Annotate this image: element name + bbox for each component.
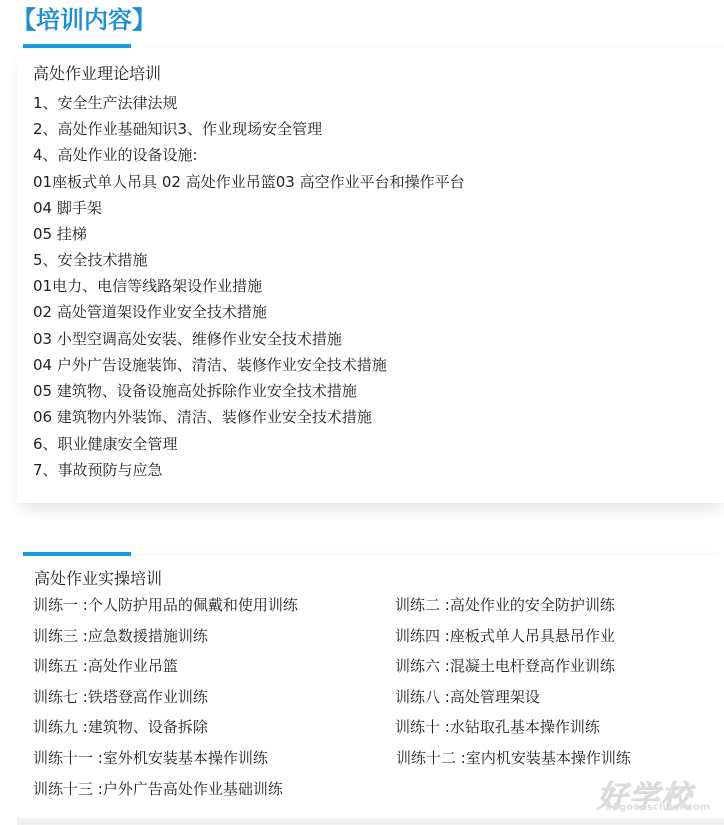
theory-line: 2、高处作业基础知识3、作业现场安全管理 (33, 119, 322, 139)
practice-item: 训练九 :建筑物、设备拆除 (33, 717, 208, 737)
practice-heading: 高处作业实操培训 (34, 569, 162, 589)
practice-item: 训练十三 :户外广告高处作业基础训练 (33, 779, 283, 799)
theory-line: 1、安全生产法律法规 (33, 93, 178, 113)
practice-item: 训练一 :个人防护用品的佩戴和使用训练 (33, 595, 298, 615)
practice-item: 训练七 :铁塔登高作业训练 (33, 687, 208, 707)
theory-line: 04 户外广告设施装饰、清洁、装修作业安全技术措施 (33, 355, 387, 375)
practice-item: 训练四 :座板式单人吊具悬吊作业 (395, 626, 615, 646)
theory-line: 01座板式单人吊具 02 高处作业吊篮03 高空作业平台和操作平台 (33, 172, 465, 192)
page-title: 【培训内容】 (12, 4, 156, 36)
theory-line: 05 挂梯 (33, 224, 87, 244)
theory-line: 7、事故预防与应急 (33, 460, 163, 480)
practice-card: 高处作业实操培训 训练一 :个人防护用品的佩戴和使用训练 训练三 :应急数援措施… (17, 556, 724, 818)
practice-item: 训练二 :高处作业的安全防护训练 (395, 595, 615, 615)
practice-item: 训练八 :高处管理架设 (395, 687, 540, 707)
practice-item: 训练十二 :室内机安装基本操作训练 (396, 748, 631, 768)
practice-item: 训练十一 :室外机安装基本操作训练 (33, 748, 268, 768)
practice-item: 训练六 :混凝土电杆登高作业训练 (395, 656, 615, 676)
theory-line: 04 脚手架 (33, 198, 102, 218)
theory-line: 06 建筑物内外装饰、清洁、装修作业安全技术措施 (33, 407, 372, 427)
footer-strip (17, 818, 724, 825)
theory-line: 01电力、电信等线路架设作业措施 (33, 276, 262, 296)
theory-line: 5、安全技术措施 (33, 250, 148, 270)
theory-line: 03 小型空调高处安装、维修作业安全技术措施 (33, 329, 342, 349)
theory-card: 高处作业理论培训 1、安全生产法律法规 2、高处作业基础知识3、作业现场安全管理… (17, 48, 724, 503)
practice-item: 训练三 :应急数援措施训练 (33, 626, 208, 646)
practice-item: 训练十 :水钻取孔基本操作训练 (395, 717, 600, 737)
theory-line: 4、高处作业的设备设施: (33, 145, 198, 165)
practice-item: 训练五 :高处作业吊篮 (33, 656, 178, 676)
theory-line: 02 高处管道架设作业安全技术措施 (33, 302, 267, 322)
theory-line: 6、职业健康安全管理 (33, 434, 178, 454)
theory-heading: 高处作业理论培训 (33, 64, 161, 84)
theory-line: 05 建筑物、设备设施高处拆除作业安全技术措施 (33, 381, 357, 401)
